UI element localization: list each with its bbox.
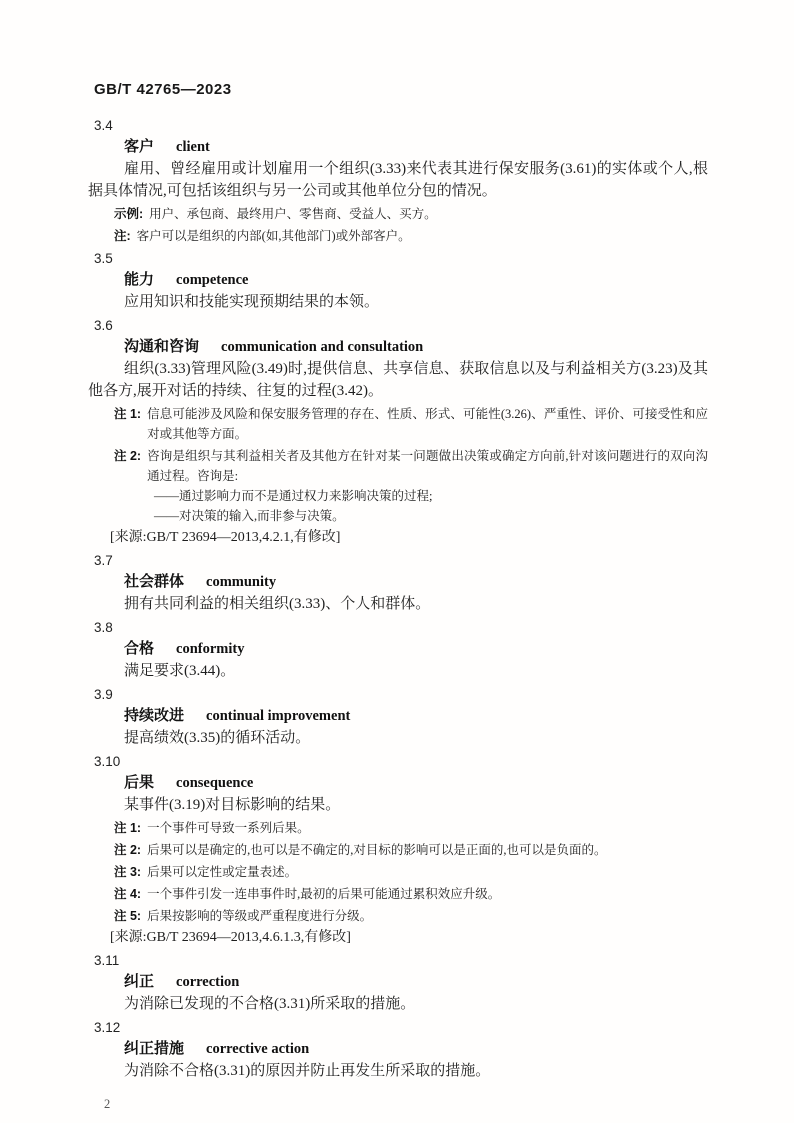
section-number: 3.9 [88, 685, 708, 705]
note-4-label: 注 4: [114, 884, 141, 904]
section-3-4: 3.4 客户 client 雇用、曾经雇用或计划雇用一个组织(3.33)来代表其… [88, 116, 708, 246]
note-5-line: 注 5: 后果按影响的等级或严重程度进行分级。 [114, 906, 708, 926]
section-3-5: 3.5 能力 competence 应用知识和技能实现预期结果的本领。 [88, 249, 708, 313]
note-1-line: 注 1: 一个事件可导致一系列后果。 [114, 818, 708, 838]
term-chinese: 客户 [124, 138, 154, 155]
document-page: GB/T 42765—2023 3.4 客户 client 雇用、曾经雇用或计划… [0, 0, 794, 1123]
example-line: 示例: 用户、承包商、最终用户、零售商、受益人、买方。 [114, 204, 708, 224]
term-chinese: 合格 [124, 640, 154, 657]
term-line: 纠正 correction [88, 971, 708, 993]
section-3-11: 3.11 纠正 correction 为消除已发现的不合格(3.31)所采取的措… [88, 951, 708, 1015]
section-number: 3.7 [88, 551, 708, 571]
section-3-12: 3.12 纠正措施 corrective action 为消除不合格(3.31)… [88, 1018, 708, 1082]
note-line: 注: 客户可以是组织的内部(如,其他部门)或外部客户。 [114, 226, 708, 246]
term-english: continual improvement [206, 708, 350, 724]
section-3-7: 3.7 社会群体 community 拥有共同利益的相关组织(3.33)、个人和… [88, 551, 708, 615]
definition-text: 为消除不合格(3.31)的原因并防止再发生所采取的措施。 [88, 1060, 708, 1082]
term-chinese: 纠正 [124, 973, 154, 990]
note-2-line: 注 2: 后果可以是确定的,也可以是不确定的,对目标的影响可以是正面的,也可以是… [114, 840, 708, 860]
term-line: 后果 consequence [88, 772, 708, 794]
definition-text: 提高绩效(3.35)的循环活动。 [88, 727, 708, 749]
note-text: 客户可以是组织的内部(如,其他部门)或外部客户。 [137, 226, 708, 246]
term-chinese: 持续改进 [124, 707, 184, 724]
example-label: 示例: [114, 204, 143, 224]
standard-number-header: GB/T 42765—2023 [88, 80, 708, 100]
section-3-6: 3.6 沟通和咨询 communication and consultation… [88, 316, 708, 548]
term-chinese: 后果 [124, 774, 154, 791]
note-3-text: 后果可以定性或定量表述。 [147, 862, 708, 882]
section-number: 3.6 [88, 316, 708, 336]
definition-text: 拥有共同利益的相关组织(3.33)、个人和群体。 [88, 593, 708, 615]
term-line: 合格 conformity [88, 638, 708, 660]
page-number: 2 [88, 1096, 708, 1112]
definition-text: 满足要求(3.44)。 [88, 660, 708, 682]
note-2-dash-item: ——对决策的输入,而非参与决策。 [154, 506, 708, 526]
term-line: 沟通和咨询 communication and consultation [88, 336, 708, 358]
term-english: competence [176, 272, 248, 288]
note-1-line: 注 1: 信息可能涉及风险和保安服务管理的存在、性质、形式、可能性(3.26)、… [114, 404, 708, 444]
section-3-8: 3.8 合格 conformity 满足要求(3.44)。 [88, 618, 708, 682]
definition-text: 应用知识和技能实现预期结果的本领。 [88, 291, 708, 313]
note-3-line: 注 3: 后果可以定性或定量表述。 [114, 862, 708, 882]
term-chinese: 社会群体 [124, 573, 184, 590]
section-3-9: 3.9 持续改进 continual improvement 提高绩效(3.35… [88, 685, 708, 749]
term-english: conformity [176, 641, 244, 657]
section-number: 3.8 [88, 618, 708, 638]
note-2-dash-item: ——通过影响力而不是通过权力来影响决策的过程; [154, 486, 708, 506]
term-line: 纠正措施 corrective action [88, 1038, 708, 1060]
note-1-text: 信息可能涉及风险和保安服务管理的存在、性质、形式、可能性(3.26)、严重性、评… [147, 404, 708, 444]
note-2-line: 注 2: 咨询是组织与其利益相关者及其他方在针对某一问题做出决策或确定方向前,针… [114, 446, 708, 486]
section-3-10: 3.10 后果 consequence 某事件(3.19)对目标影响的结果。 注… [88, 752, 708, 948]
section-number: 3.4 [88, 116, 708, 136]
note-2-text: 咨询是组织与其利益相关者及其他方在针对某一问题做出决策或确定方向前,针对该问题进… [147, 446, 708, 486]
note-5-label: 注 5: [114, 906, 141, 926]
source-reference: [来源:GB/T 23694—2013,4.2.1,有修改] [110, 528, 708, 548]
note-2-label: 注 2: [114, 840, 141, 860]
note-2-label: 注 2: [114, 446, 141, 486]
definition-text: 组织(3.33)管理风险(3.49)时,提供信息、共享信息、获取信息以及与利益相… [88, 358, 708, 402]
term-line: 客户 client [88, 136, 708, 158]
note-4-line: 注 4: 一个事件引发一连串事件时,最初的后果可能通过累积效应升级。 [114, 884, 708, 904]
term-english: consequence [176, 775, 253, 791]
definition-text: 为消除已发现的不合格(3.31)所采取的措施。 [88, 993, 708, 1015]
section-number: 3.5 [88, 249, 708, 269]
page-content: GB/T 42765—2023 3.4 客户 client 雇用、曾经雇用或计划… [88, 80, 708, 1112]
definition-text: 某事件(3.19)对目标影响的结果。 [88, 794, 708, 816]
note-4-text: 一个事件引发一连串事件时,最初的后果可能通过累积效应升级。 [147, 884, 708, 904]
section-number: 3.12 [88, 1018, 708, 1038]
note-3-label: 注 3: [114, 862, 141, 882]
note-1-text: 一个事件可导致一系列后果。 [147, 818, 708, 838]
term-english: client [176, 139, 210, 155]
section-number: 3.11 [88, 951, 708, 971]
term-chinese: 能力 [124, 271, 154, 288]
term-line: 社会群体 community [88, 571, 708, 593]
term-english: community [206, 574, 276, 590]
term-english: correction [176, 974, 239, 990]
source-reference: [来源:GB/T 23694—2013,4.6.1.3,有修改] [110, 928, 708, 948]
term-english: communication and consultation [221, 339, 423, 355]
note-1-label: 注 1: [114, 404, 141, 444]
note-label: 注: [114, 226, 131, 246]
note-5-text: 后果按影响的等级或严重程度进行分级。 [147, 906, 708, 926]
note-2-text: 后果可以是确定的,也可以是不确定的,对目标的影响可以是正面的,也可以是负面的。 [147, 840, 708, 860]
definition-text: 雇用、曾经雇用或计划雇用一个组织(3.33)来代表其进行保安服务(3.61)的实… [88, 158, 708, 202]
term-english: corrective action [206, 1041, 309, 1057]
example-text: 用户、承包商、最终用户、零售商、受益人、买方。 [149, 204, 708, 224]
term-chinese: 纠正措施 [124, 1040, 184, 1057]
note-1-label: 注 1: [114, 818, 141, 838]
section-number: 3.10 [88, 752, 708, 772]
term-chinese: 沟通和咨询 [124, 338, 199, 355]
term-line: 能力 competence [88, 269, 708, 291]
term-line: 持续改进 continual improvement [88, 705, 708, 727]
